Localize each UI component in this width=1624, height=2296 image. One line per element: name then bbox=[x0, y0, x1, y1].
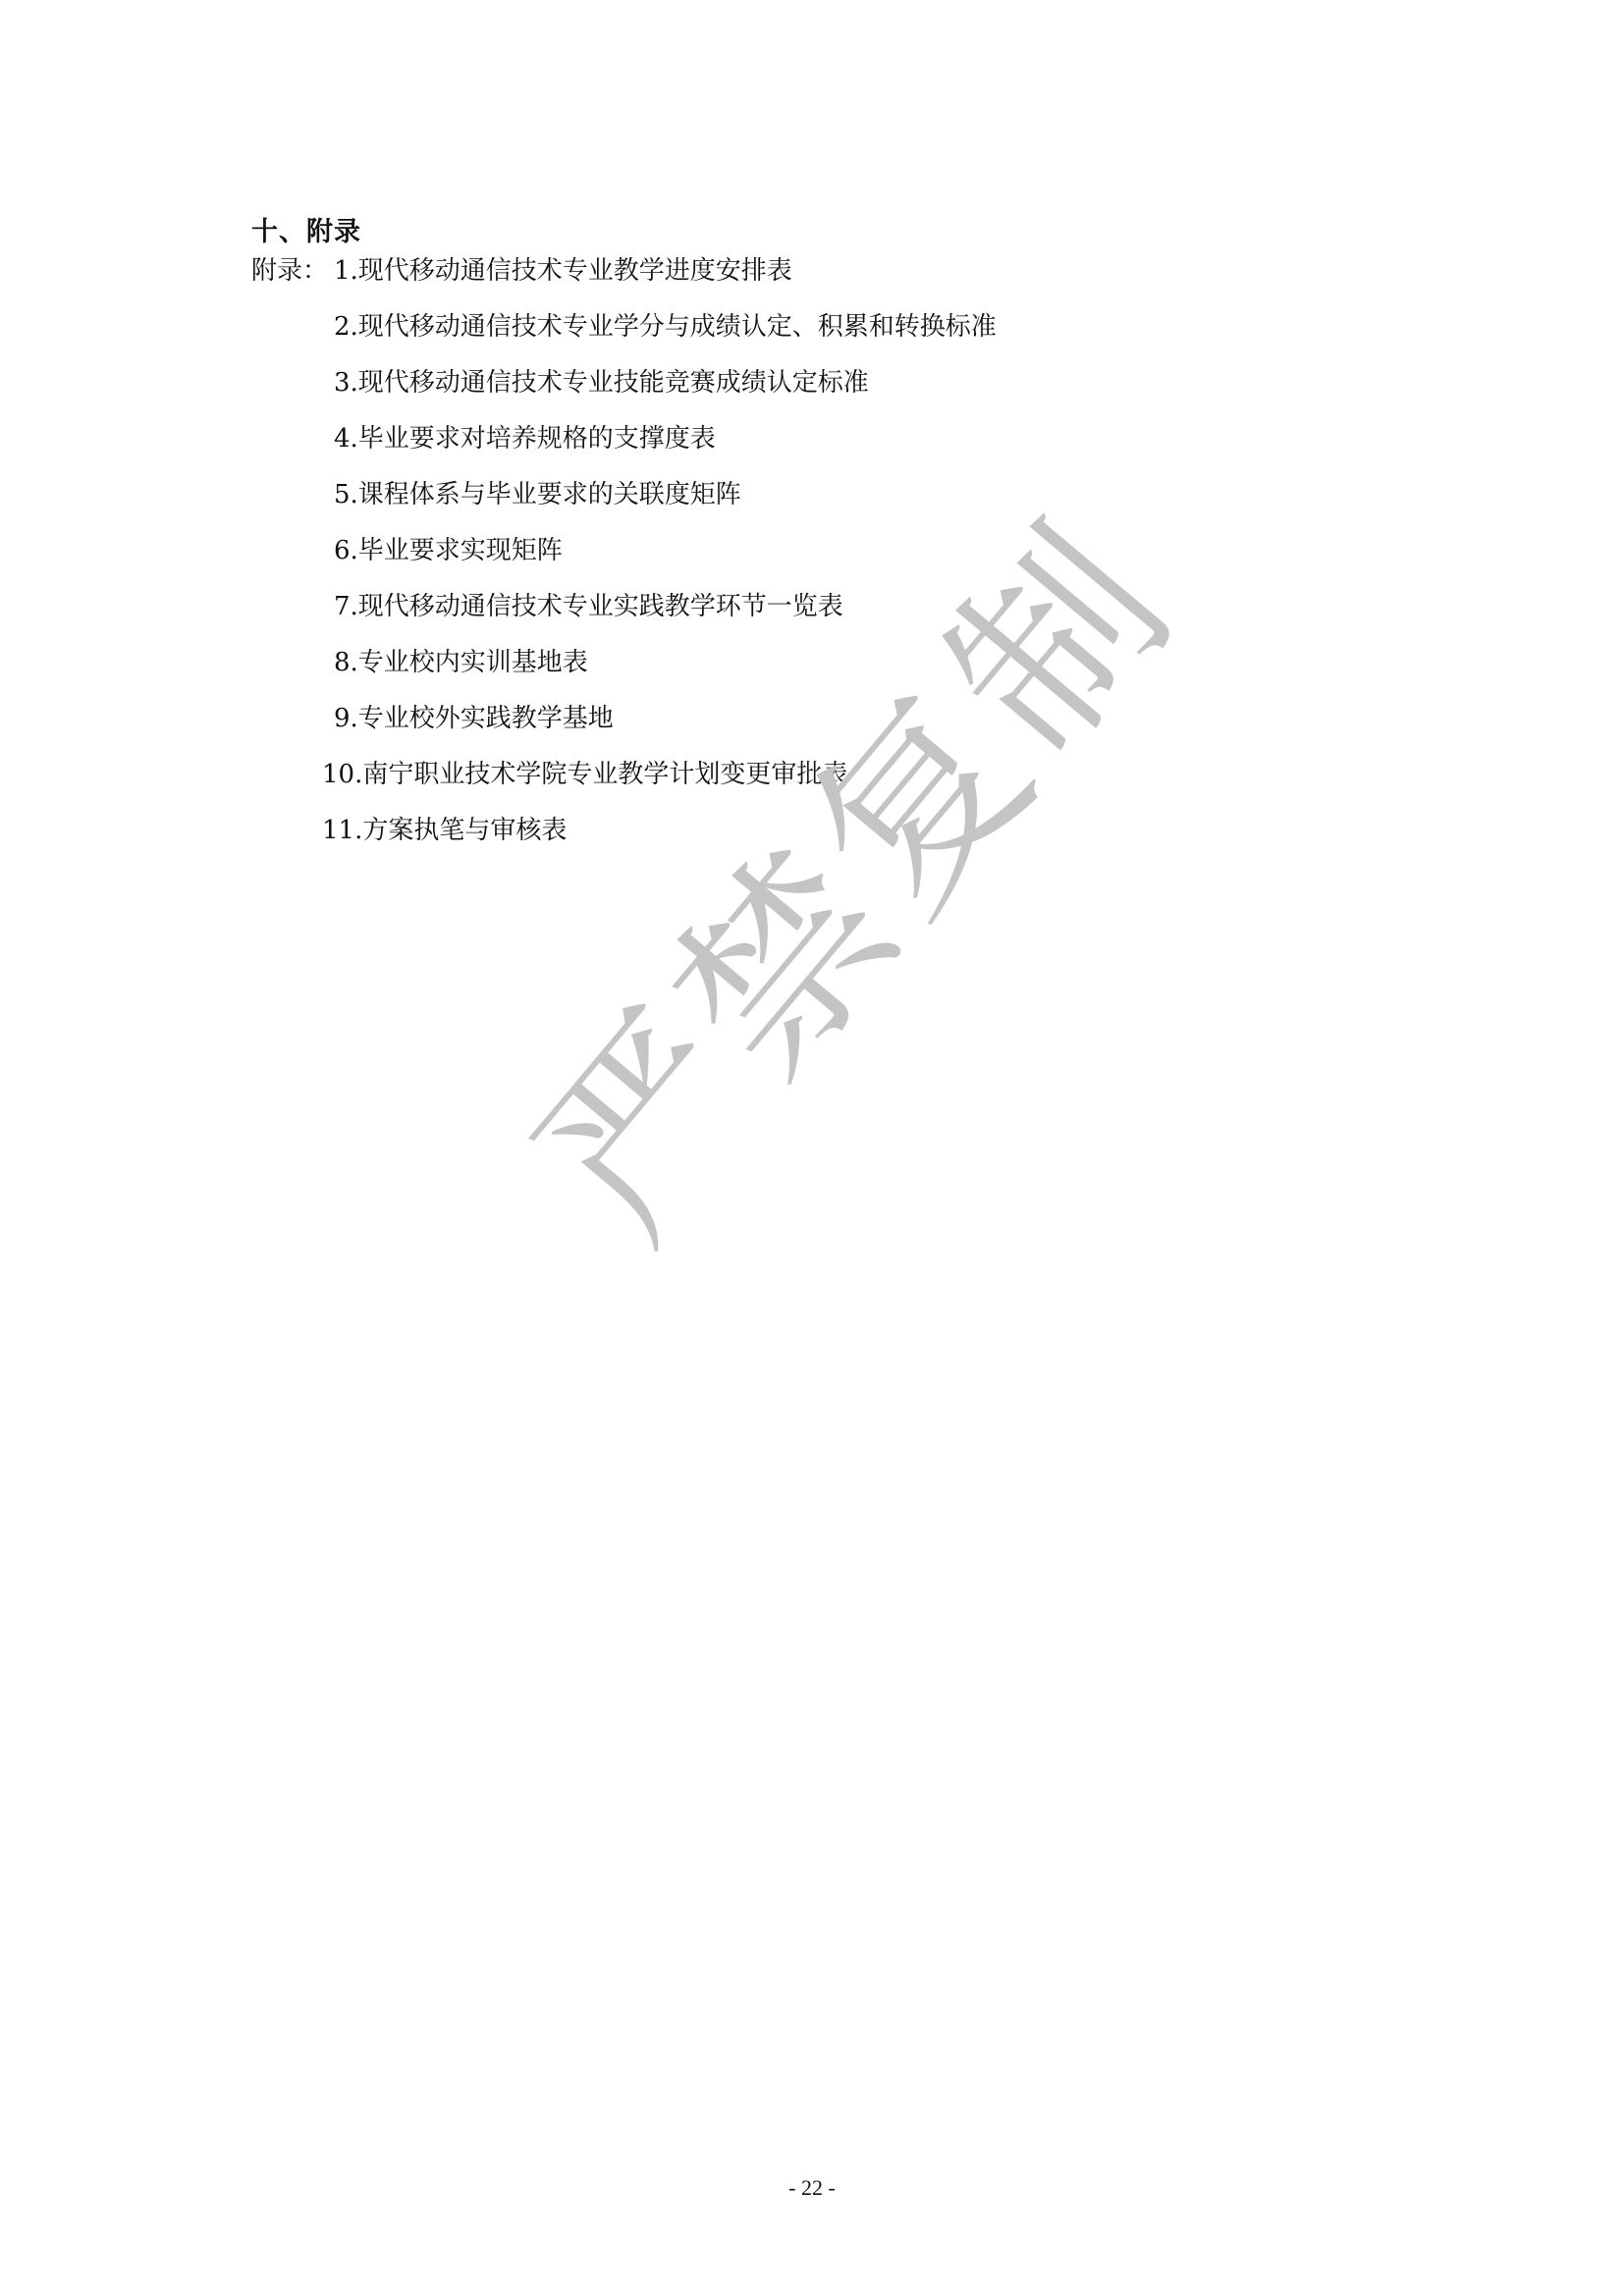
appendix-item-3: 3.现代移动通信技术专业技能竞赛成绩认定标准 bbox=[334, 362, 869, 399]
appendix-item-4: 4.毕业要求对培养规格的支撑度表 bbox=[334, 418, 716, 454]
appendix-item-10: 10.南宁职业技术学院专业教学计划变更审批表 bbox=[322, 754, 847, 790]
appendix-item-7: 7.现代移动通信技术专业实践教学环节一览表 bbox=[334, 586, 843, 622]
appendix-item-5: 5.课程体系与毕业要求的关联度矩阵 bbox=[334, 474, 741, 510]
appendix-item-9: 9.专业校外实践教学基地 bbox=[334, 698, 614, 734]
appendix-item-2: 2.现代移动通信技术专业学分与成绩认定、积累和转换标准 bbox=[334, 306, 997, 343]
appendix-item-6: 6.毕业要求实现矩阵 bbox=[334, 530, 563, 566]
section-heading: 十、附录 bbox=[251, 210, 361, 248]
page-number: - 22 - bbox=[0, 2175, 1624, 2201]
watermark: 严禁复制 bbox=[461, 453, 1226, 1285]
appendix-item-8: 8.专业校内实训基地表 bbox=[334, 642, 588, 678]
appendix-item-11: 11.方案执笔与审核表 bbox=[322, 810, 567, 846]
appendix-lead-label: 附录： bbox=[251, 250, 328, 287]
appendix-item-1: 1.现代移动通信技术专业教学进度安排表 bbox=[334, 250, 792, 287]
